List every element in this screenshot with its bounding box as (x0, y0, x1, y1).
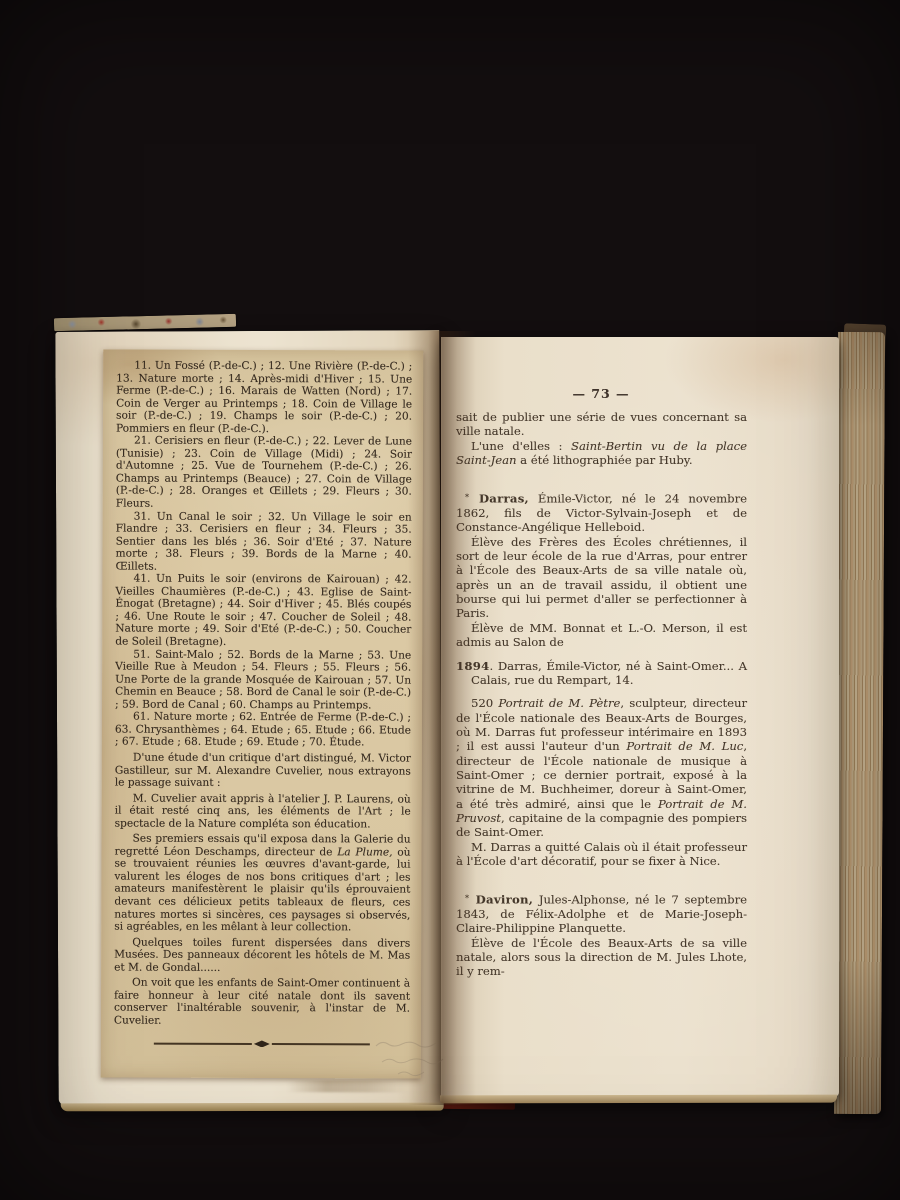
clipping-paragraph: 41. Un Puits le soir (environs de Kairou… (115, 573, 411, 649)
right-page-paragraph: * Daviron, Jules-Alphonse, né le 7 septe… (456, 892, 747, 935)
clipping-paragraph: 11. Un Fossé (P.-de-C.) ; 12. Une Rivièr… (116, 359, 412, 435)
page-number: — 73 — (456, 386, 746, 401)
clipping-paragraph: 21. Cerisiers en fleur (P.-de-C.) ; 22. … (116, 435, 412, 511)
right-page-paragraph: * Darras, Émile-Victor, né le 24 novembr… (456, 491, 747, 534)
divider-diamond (254, 1040, 270, 1047)
right-page-paragraph: 1894. Darras, Émile-Victor, né à Saint-O… (456, 659, 747, 688)
marbled-cover-edge-top-left (54, 314, 236, 331)
clipping-paragraph: M. Cuvelier avait appris à l'atelier J. … (115, 792, 411, 831)
divider-line-left (154, 1043, 252, 1045)
clipping-text: 11. Un Fossé (P.-de-C.) ; 12. Une Rivièr… (114, 359, 412, 1027)
clipping-paragraph: D'une étude d'un critique d'art distingu… (115, 751, 411, 790)
right-page-paragraph: sait de publier une série de vues concer… (456, 410, 747, 439)
newspaper-clipping: 11. Un Fossé (P.-de-C.) ; 12. Une Rivièr… (101, 349, 424, 1078)
divider-ornament (154, 1040, 370, 1048)
faded-stamp-smudge (287, 1080, 407, 1092)
right-page-paragraph: 520 Portrait de M. Pètre, sculpteur, dir… (456, 696, 747, 839)
divider-line-right (272, 1043, 370, 1045)
clipping-paragraph: Quelques toiles furent dispersées dans d… (114, 936, 410, 975)
clipping-paragraph: 61. Nature morte ; 62. Entrée de Ferme (… (115, 711, 411, 750)
pencil-marginalia (368, 1028, 460, 1080)
clipping-paragraph: On voit que les enfants de Saint-Omer co… (114, 977, 410, 1028)
clipping-paragraph: Ses premiers essais qu'il exposa dans la… (114, 833, 410, 934)
right-page-paragraph: L'une d'elles : Saint-Bertin vu de la pl… (456, 439, 747, 468)
right-page-text: sait de publier une série de vues concer… (456, 410, 747, 979)
clipping-paragraph: 51. Saint-Malo ; 52. Bords de la Marne ;… (115, 648, 411, 712)
right-page-paragraph: Élève de MM. Bonnat et L.-O. Merson, il … (456, 621, 747, 650)
photo-open-book-on-dark-fabric: 11. Un Fossé (P.-de-C.) ; 12. Une Rivièr… (0, 0, 900, 1200)
right-page-paragraph: M. Darras a quitté Calais où il était pr… (456, 840, 747, 869)
page-stack-fore-edge (834, 332, 885, 1114)
clipping-paragraph: 31. Un Canal le soir ; 32. Un Village le… (115, 510, 411, 574)
right-page-paragraph: Élève de l'École des Beaux-Arts de sa vi… (456, 936, 747, 979)
right-page-paragraph: Élève des Frères des Écoles chrétiennes,… (456, 535, 747, 621)
